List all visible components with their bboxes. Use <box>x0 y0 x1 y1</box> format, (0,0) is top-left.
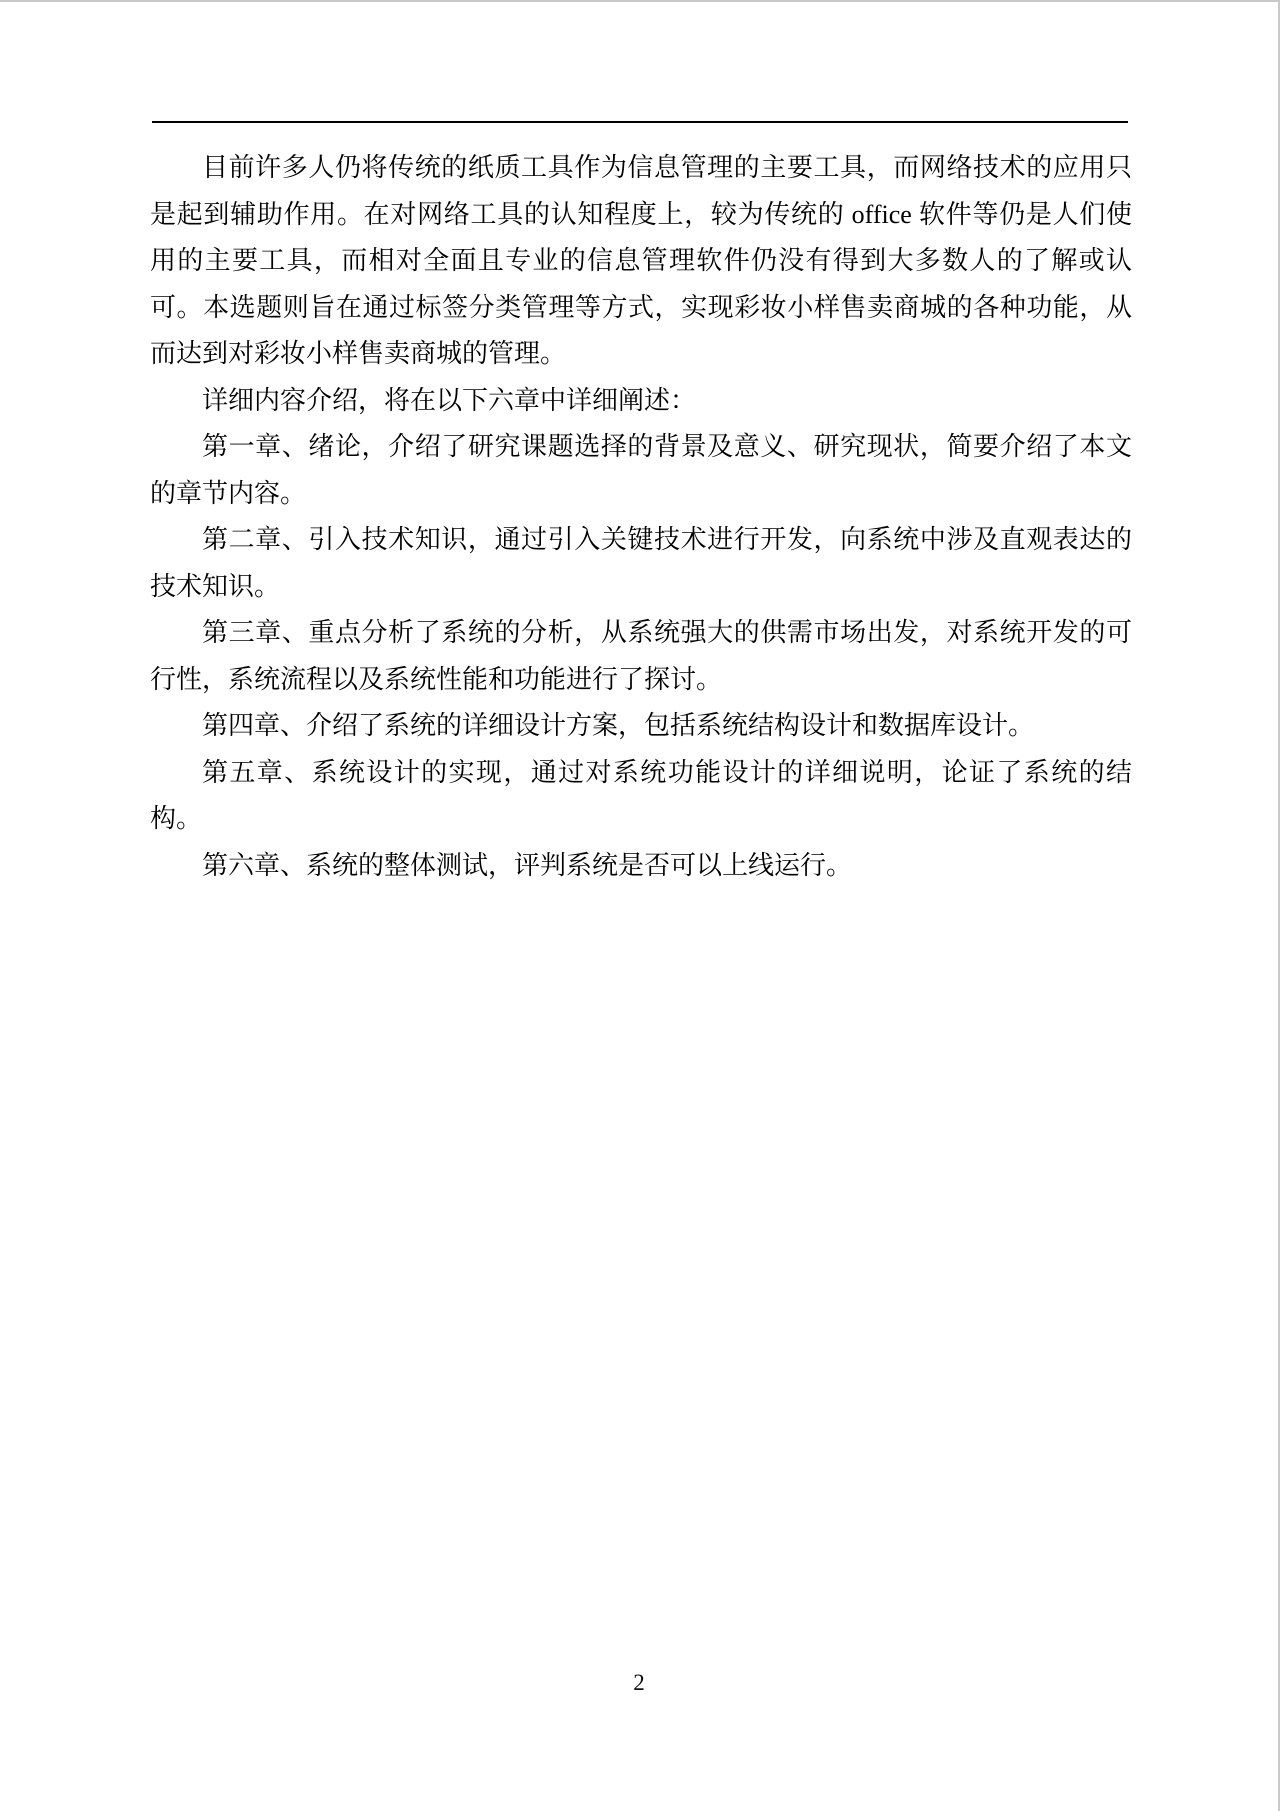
paragraph-overview: 详细内容介绍，将在以下六章中详细阐述： <box>150 378 1132 425</box>
paragraph-chapter-6: 第六章、系统的整体测试，评判系统是否可以上线运行。 <box>150 843 1132 890</box>
paragraph-chapter-1: 第一章、绪论，介绍了研究课题选择的背景及意义、研究现状，简要介绍了本文的章节内容… <box>150 424 1132 517</box>
document-body: 目前许多人仍将传统的纸质工具作为信息管理的主要工具，而网络技术的应用只是起到辅助… <box>150 145 1132 889</box>
paragraph-intro: 目前许多人仍将传统的纸质工具作为信息管理的主要工具，而网络技术的应用只是起到辅助… <box>150 145 1132 378</box>
paragraph-chapter-5: 第五章、系统设计的实现，通过对系统功能设计的详细说明，论证了系统的结构。 <box>150 750 1132 843</box>
page-number: 2 <box>0 1670 1278 1696</box>
document-page: 目前许多人仍将传统的纸质工具作为信息管理的主要工具，而网络技术的应用只是起到辅助… <box>0 0 1280 1811</box>
paragraph-chapter-2: 第二章、引入技术知识，通过引入关键技术进行开发，向系统中涉及直观表达的技术知识。 <box>150 517 1132 610</box>
paragraph-chapter-3: 第三章、重点分析了系统的分析，从系统强大的供需市场出发，对系统开发的可行性，系统… <box>150 610 1132 703</box>
paragraph-chapter-4: 第四章、介绍了系统的详细设计方案，包括系统结构设计和数据库设计。 <box>150 703 1132 750</box>
header-rule <box>152 121 1128 123</box>
